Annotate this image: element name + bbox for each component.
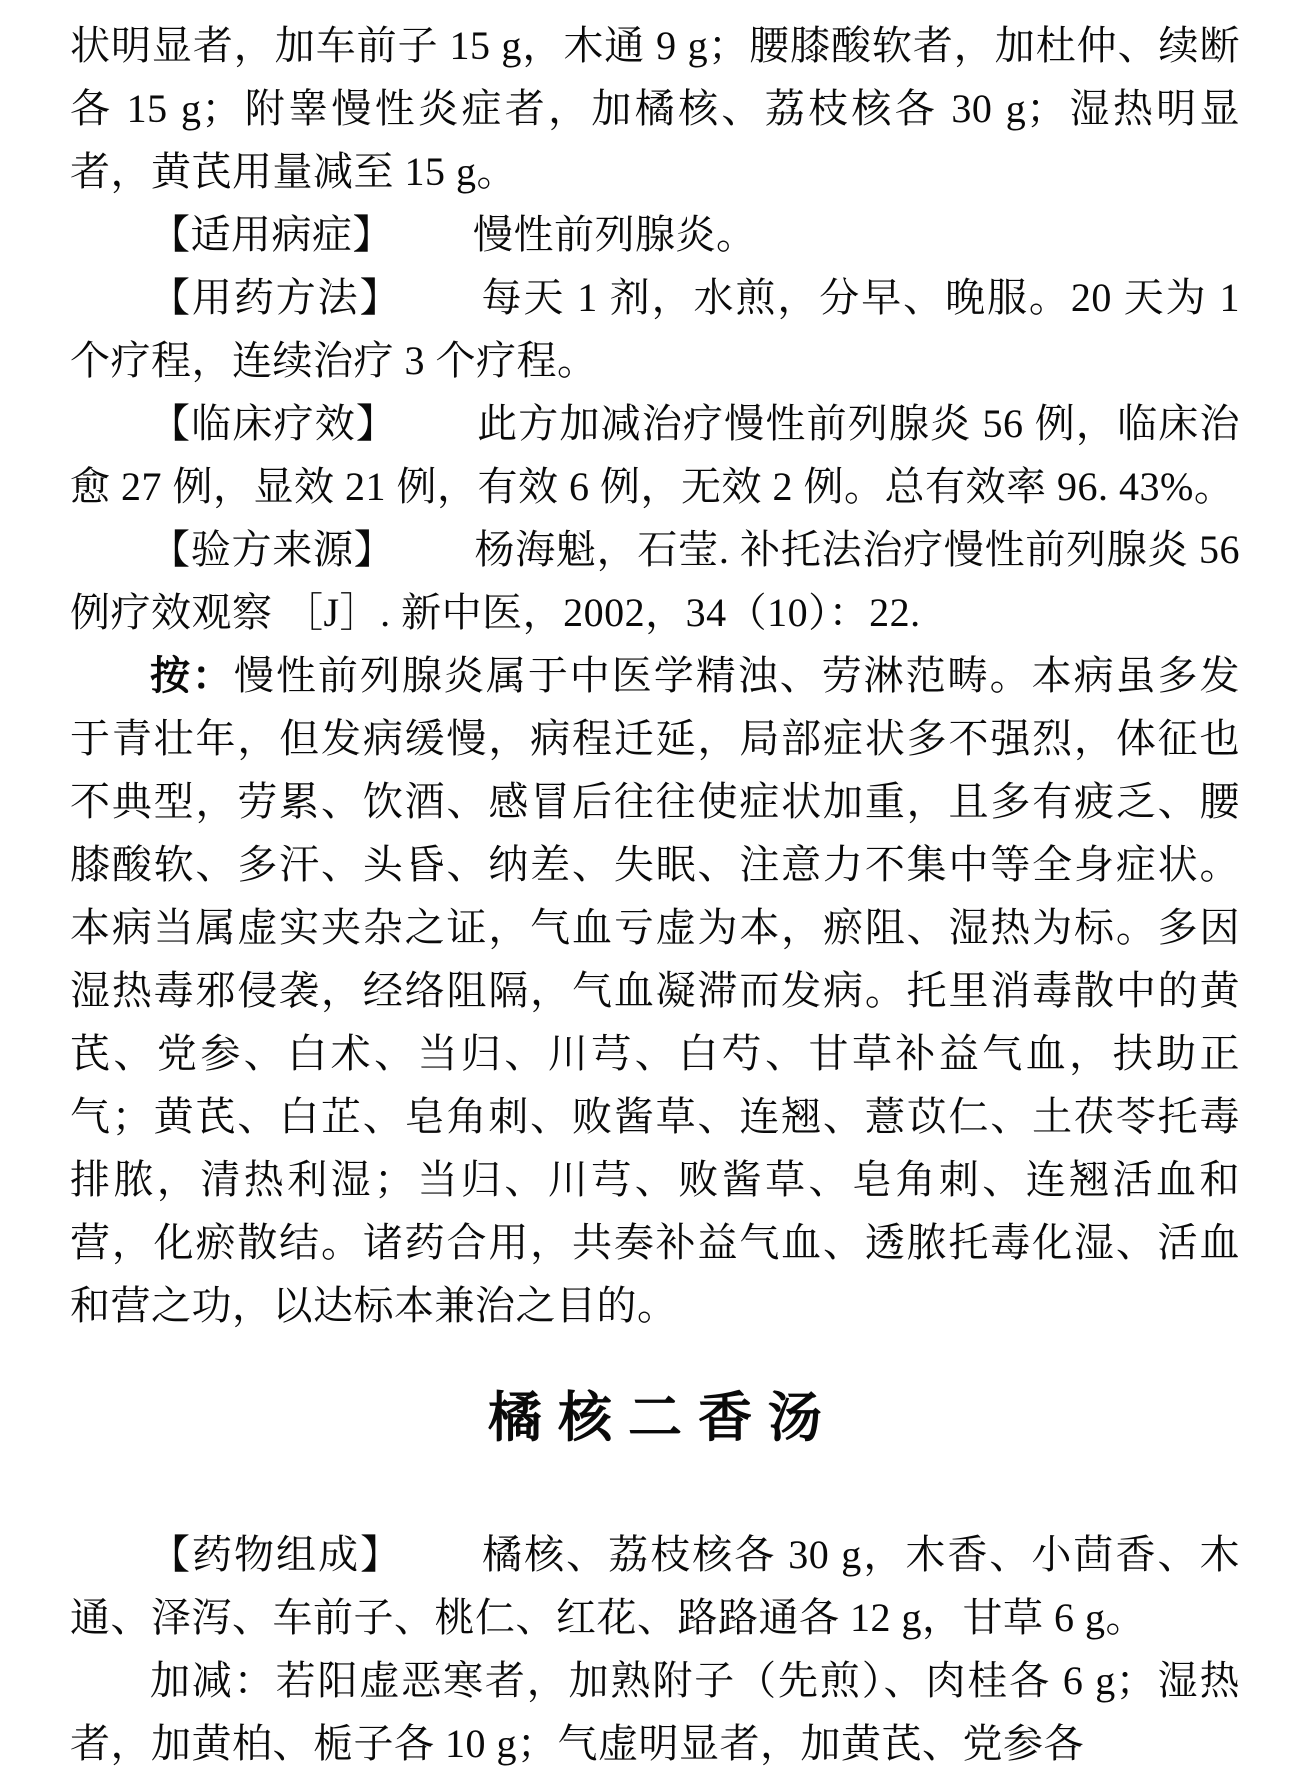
commentary-paragraph: 按：慢性前列腺炎属于中医学精浊、劳淋范畴。本病虽多发于青壮年，但发病缓慢，病程迁… bbox=[70, 644, 1240, 1337]
section-label: 【验方来源】 bbox=[150, 527, 394, 572]
section-indications: 【适用病症】慢性前列腺炎。 bbox=[70, 203, 1240, 266]
section-composition: 【药物组成】橘核、荔枝核各 30 g，木香、小茴香、木通、泽泻、车前子、桃仁、红… bbox=[70, 1523, 1240, 1649]
section-label: 【药物组成】 bbox=[150, 1532, 402, 1577]
book-page: 状明显者，加车前子 15 g，木通 9 g；腰膝酸软者，加杜仲、续断各 15 g… bbox=[0, 0, 1306, 1774]
modification-prefix: 加减： bbox=[150, 1658, 276, 1703]
section-usage: 【用药方法】每天 1 剂，水煎，分早、晚服。20 天为 1 个疗程，连续治疗 3… bbox=[70, 266, 1240, 392]
formula-title: 橘核二香汤 bbox=[70, 1373, 1240, 1463]
section-label: 【适用病症】 bbox=[150, 212, 393, 257]
section-source: 【验方来源】杨海魁，石莹. 补托法治疗慢性前列腺炎 56 例疗效观察 ［J］. … bbox=[70, 518, 1240, 644]
section-efficacy: 【临床疗效】此方加减治疗慢性前列腺炎 56 例，临床治愈 27 例，显效 21 … bbox=[70, 392, 1240, 518]
section-text: 慢性前列腺炎。 bbox=[473, 212, 757, 257]
modification-paragraph: 加减：若阳虚恶寒者，加熟附子（先煎）、肉桂各 6 g；湿热者，加黄柏、栀子各 1… bbox=[70, 1649, 1240, 1774]
section-label: 【用药方法】 bbox=[150, 275, 402, 320]
continuation-text: 状明显者，加车前子 15 g，木通 9 g；腰膝酸软者，加杜仲、续断各 15 g… bbox=[70, 23, 1240, 194]
commentary-prefix: 按： bbox=[150, 653, 234, 698]
continuation-paragraph: 状明显者，加车前子 15 g，木通 9 g；腰膝酸软者，加杜仲、续断各 15 g… bbox=[70, 14, 1240, 203]
page-body: 状明显者，加车前子 15 g，木通 9 g；腰膝酸软者，加杜仲、续断各 15 g… bbox=[70, 14, 1240, 1774]
commentary-text: 慢性前列腺炎属于中医学精浊、劳淋范畴。本病虽多发于青壮年，但发病缓慢，病程迁延，… bbox=[70, 653, 1240, 1328]
section-label: 【临床疗效】 bbox=[150, 401, 397, 446]
